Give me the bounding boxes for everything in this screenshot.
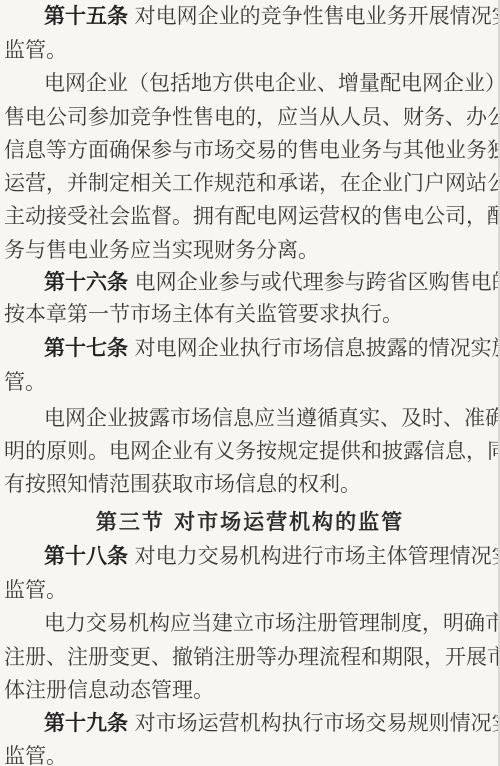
paragraph-line: 体注册信息动态管理。 xyxy=(4,676,492,704)
paragraph-line: 主动接受社会监督。拥有配电网运营权的售电公司，配电业 xyxy=(4,202,492,230)
paragraph-line: 电网企业披露市场信息应当遵循真实、及时、准确、透 xyxy=(44,404,492,432)
article-16-line-1: 第十六条 电网企业参与或代理参与跨省区购售电的， xyxy=(44,268,492,296)
paragraph-line: 电力交易机构应当建立市场注册管理制度，明确市场新 xyxy=(44,609,492,637)
article-15-line-2: 监管。 xyxy=(4,36,492,64)
article-17-line-1: 第十七条 对电网企业执行市场信息披露的情况实施监 xyxy=(44,334,492,362)
article-16-line-2: 按本章第一节市场主体有关监管要求执行。 xyxy=(4,300,492,328)
article-18-line-1: 第十八条 对电力交易机构进行市场主体管理情况实施 xyxy=(44,542,492,570)
paragraph-line: 运营，并制定相关工作规范和承诺，在企业门户网站公开， xyxy=(4,169,492,197)
paragraph-line: 有按照知情范围获取市场信息的权利。 xyxy=(4,470,492,498)
paragraph-line: 明的原则。电网企业有义务按规定提供和披露信息，同时具 xyxy=(4,437,492,465)
document-page: 第十五条 对电网企业的竞争性售电业务开展情况实施 监管。 电网企业（包括地方供电… xyxy=(0,0,500,766)
article-17-label: 第十七条 xyxy=(44,335,128,360)
article-19-line-1: 第十九条 对市场运营机构执行市场交易规则情况实施 xyxy=(44,709,492,737)
paragraph-line: 务与售电业务应当实现财务分离。 xyxy=(4,236,492,264)
article-19-label: 第十九条 xyxy=(44,710,128,735)
paragraph-line: 售电公司参加竞争性售电的，应当从人员、财务、办公地点、 xyxy=(4,103,492,131)
article-18-line-2: 监管。 xyxy=(4,576,492,604)
paragraph-line: 电网企业（包括地方供电企业、增量配电网企业）成立 xyxy=(44,69,492,97)
paragraph-line: 注册、注册变更、撤销注册等办理流程和期限，开展市场主 xyxy=(4,643,492,671)
article-16-label: 第十六条 xyxy=(44,269,128,294)
article-15-label: 第十五条 xyxy=(44,3,128,28)
article-19-line-2: 监管。 xyxy=(4,742,492,766)
paragraph-line: 信息等方面确保参与市场交易的售电业务与其他业务独立 xyxy=(4,136,492,164)
article-18-label: 第十八条 xyxy=(44,543,128,568)
article-15-line-1: 第十五条 对电网企业的竞争性售电业务开展情况实施 xyxy=(44,2,492,30)
article-17-line-2: 管。 xyxy=(4,368,492,396)
section-heading: 第三节 对市场运营机构的监管 xyxy=(0,508,500,536)
